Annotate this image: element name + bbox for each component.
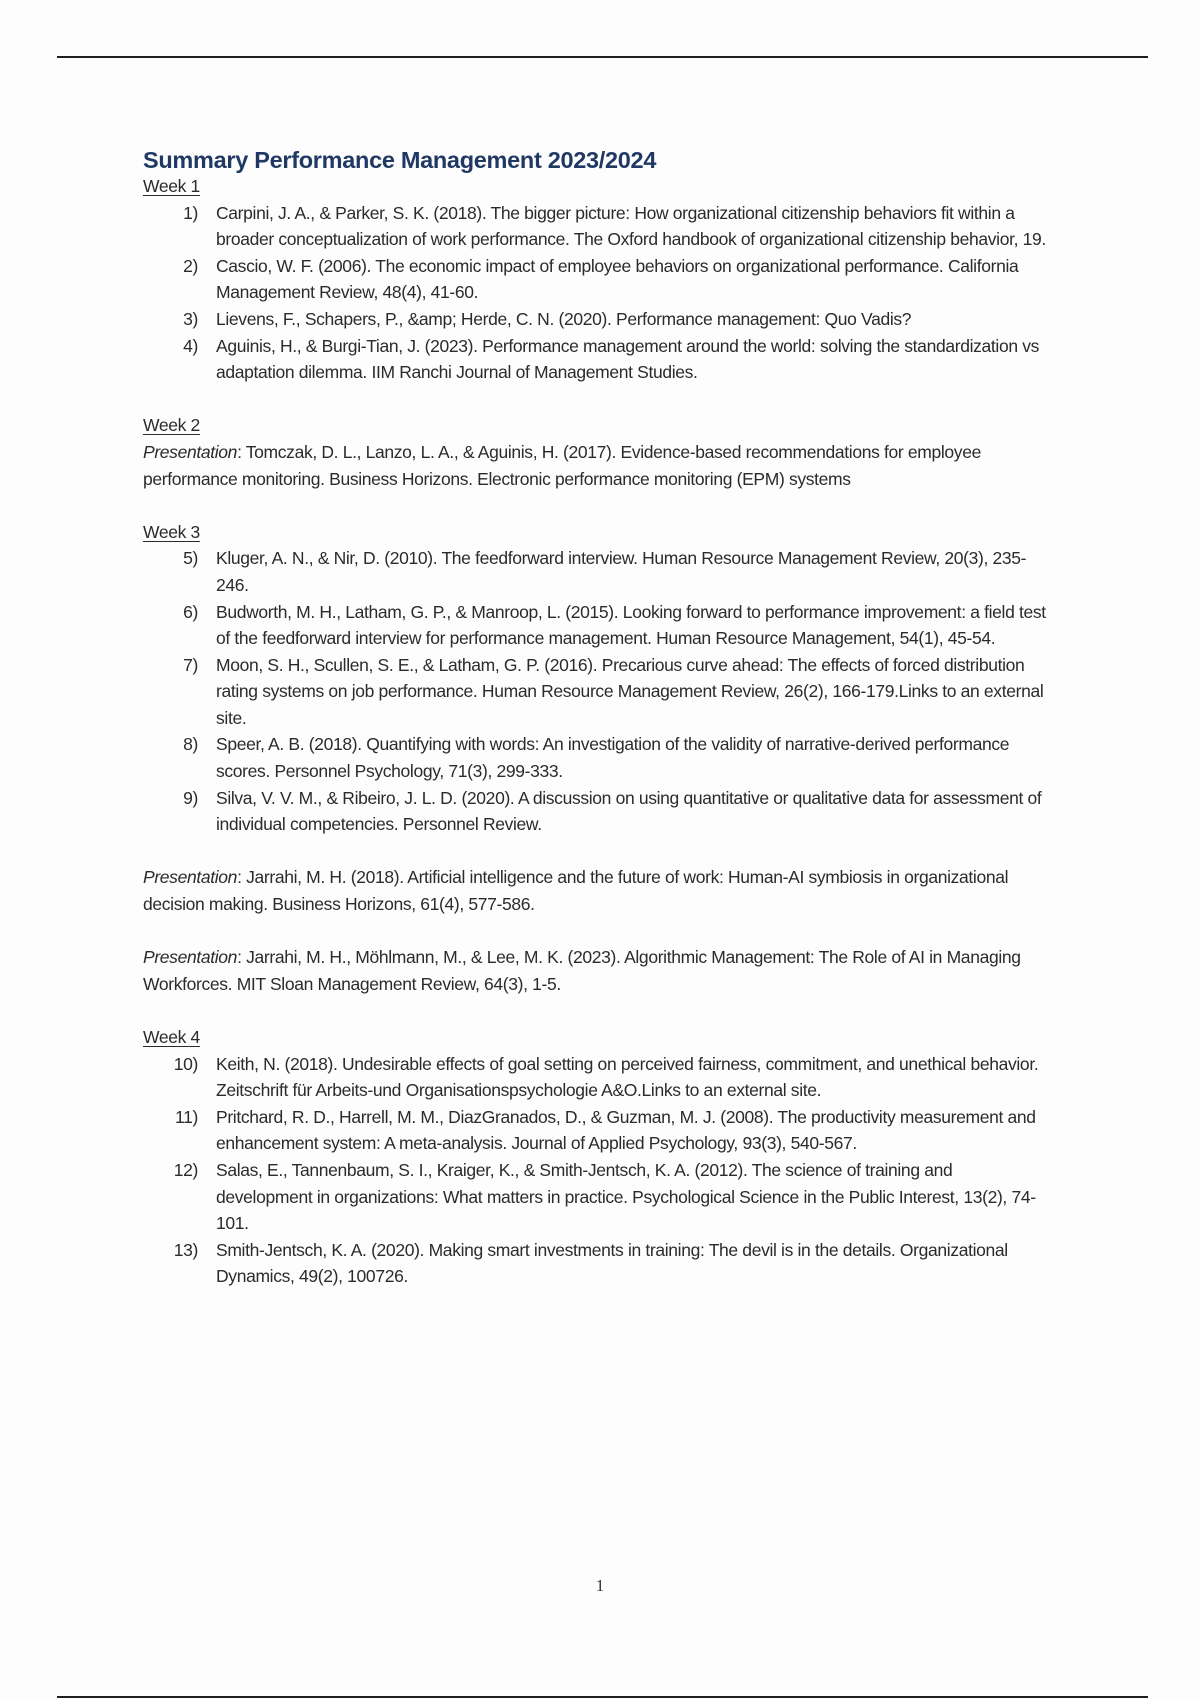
week-4-references: 10)Keith, N. (2018). Undesirable effects… [143,1051,1053,1290]
reference-item: 2)Cascio, W. F. (2006). The economic imp… [143,253,1053,306]
presentation-text: : Jarrahi, M. H., Möhlmann, M., & Lee, M… [143,947,1021,994]
presentation-text: : Tomczak, D. L., Lanzo, L. A., & Aguini… [143,442,981,489]
reference-item: 11)Pritchard, R. D., Harrell, M. M., Dia… [143,1104,1053,1157]
reference-text: Aguinis, H., & Burgi-Tian, J. (2023). Pe… [216,336,1039,383]
week-3-references: 5)Kluger, A. N., & Nir, D. (2010). The f… [143,545,1053,838]
page-number: 1 [0,1576,1200,1596]
document-body: Summary Performance Management 2023/2024… [143,145,1053,1290]
footer-rule [57,1696,1148,1698]
reference-text: Cascio, W. F. (2006). The economic impac… [216,256,1018,303]
presentation-label: Presentation [143,867,237,887]
reference-number: 3) [143,306,198,333]
reference-item: 9)Silva, V. V. M., & Ribeiro, J. L. D. (… [143,785,1053,838]
reference-item: 13)Smith-Jentsch, K. A. (2020). Making s… [143,1237,1053,1290]
reference-number: 2) [143,253,198,280]
reference-item: 7)Moon, S. H., Scullen, S. E., & Latham,… [143,652,1053,732]
document-title: Summary Performance Management 2023/2024 [143,145,1053,175]
reference-number: 11) [143,1104,198,1131]
week-4-heading: Week 4 [143,1024,1053,1051]
week-2-heading: Week 2 [143,412,1053,439]
header-rule [57,56,1148,58]
reference-number: 9) [143,785,198,812]
reference-text: Moon, S. H., Scullen, S. E., & Latham, G… [216,655,1043,728]
week-1-references: 1)Carpini, J. A., & Parker, S. K. (2018)… [143,200,1053,386]
reference-item: 3)Lievens, F., Schapers, P., &amp; Herde… [143,306,1053,333]
presentation-entry: Presentation: Tomczak, D. L., Lanzo, L. … [143,439,1053,492]
reference-number: 10) [143,1051,198,1078]
reference-item: 12)Salas, E., Tannenbaum, S. I., Kraiger… [143,1157,1053,1237]
reference-number: 5) [143,545,198,572]
reference-text: Budworth, M. H., Latham, G. P., & Manroo… [216,602,1046,649]
reference-text: Pritchard, R. D., Harrell, M. M., DiazGr… [216,1107,1036,1154]
week-3-heading: Week 3 [143,519,1053,546]
reference-text: Salas, E., Tannenbaum, S. I., Kraiger, K… [216,1160,1036,1233]
reference-text: Carpini, J. A., & Parker, S. K. (2018). … [216,203,1046,250]
presentation-label: Presentation [143,442,237,462]
reference-number: 1) [143,200,198,227]
reference-number: 12) [143,1157,198,1184]
presentation-entry: Presentation: Jarrahi, M. H., Möhlmann, … [143,944,1053,997]
reference-number: 4) [143,333,198,360]
week-1-heading: Week 1 [143,173,1053,200]
reference-number: 6) [143,599,198,626]
reference-item: 5)Kluger, A. N., & Nir, D. (2010). The f… [143,545,1053,598]
reference-item: 4)Aguinis, H., & Burgi-Tian, J. (2023). … [143,333,1053,386]
reference-item: 6)Budworth, M. H., Latham, G. P., & Manr… [143,599,1053,652]
reference-text: Silva, V. V. M., & Ribeiro, J. L. D. (20… [216,788,1041,835]
reference-text: Keith, N. (2018). Undesirable effects of… [216,1054,1038,1101]
presentation-label: Presentation [143,947,237,967]
reference-text: Speer, A. B. (2018). Quantifying with wo… [216,734,1009,781]
reference-item: 1)Carpini, J. A., & Parker, S. K. (2018)… [143,200,1053,253]
reference-number: 8) [143,731,198,758]
presentation-entry: Presentation: Jarrahi, M. H. (2018). Art… [143,864,1053,917]
reference-text: Lievens, F., Schapers, P., &amp; Herde, … [216,309,911,329]
reference-text: Kluger, A. N., & Nir, D. (2010). The fee… [216,548,1026,595]
reference-number: 13) [143,1237,198,1264]
reference-text: Smith-Jentsch, K. A. (2020). Making smar… [216,1240,1008,1287]
reference-number: 7) [143,652,198,679]
reference-item: 10)Keith, N. (2018). Undesirable effects… [143,1051,1053,1104]
presentation-text: : Jarrahi, M. H. (2018). Artificial inte… [143,867,1008,914]
reference-item: 8)Speer, A. B. (2018). Quantifying with … [143,731,1053,784]
